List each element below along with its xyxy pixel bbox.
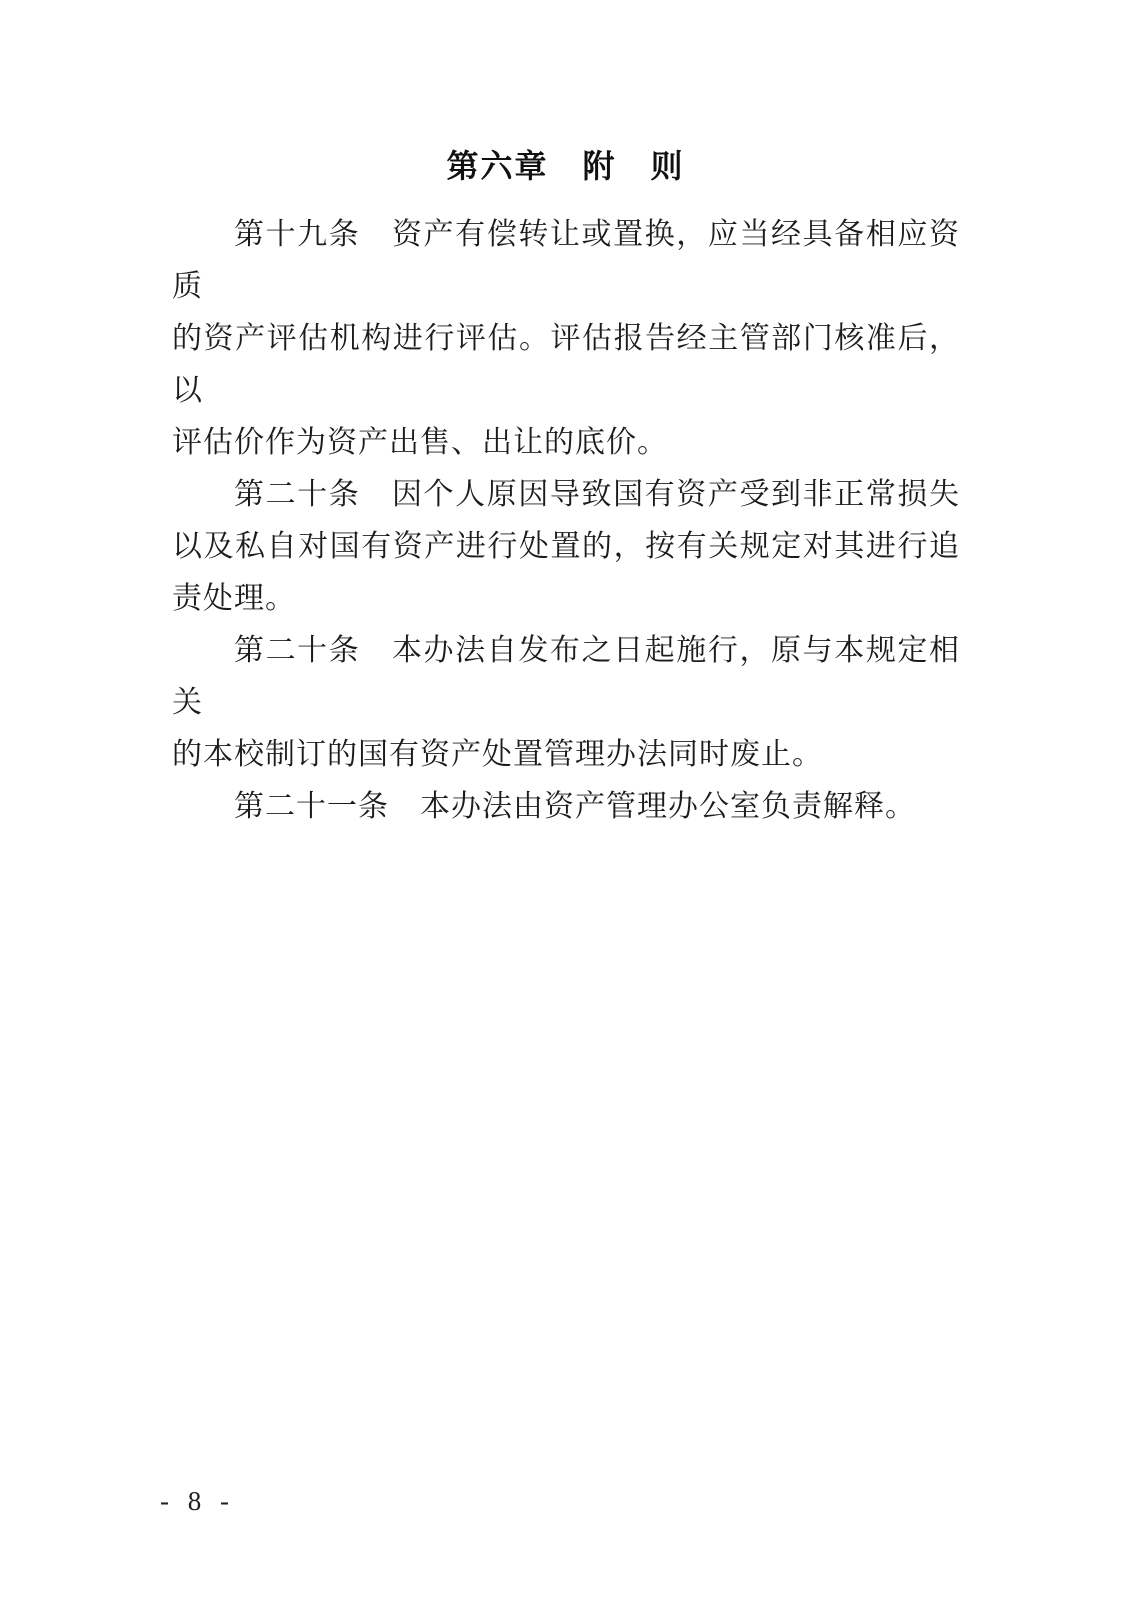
body-line: 第十九条 资产有偿转让或置换，应当经具备相应资质 <box>172 209 960 313</box>
body-line: 责处理。 <box>172 573 960 625</box>
page-number: - 8 - <box>160 1486 235 1517</box>
body-line: 第二十条 本办法自发布之日起施行，原与本规定相关 <box>172 625 960 729</box>
document-page: 第六章 附 则 第十九条 资产有偿转让或置换，应当经具备相应资质的资产评估机构进… <box>0 0 1131 1600</box>
body-line: 第二十一条 本办法由资产管理办公室负责解释。 <box>172 781 960 833</box>
body-line: 的资产评估机构进行评估。评估报告经主管部门核准后，以 <box>172 313 960 417</box>
document-body: 第十九条 资产有偿转让或置换，应当经具备相应资质的资产评估机构进行评估。评估报告… <box>172 209 960 833</box>
body-line: 以及私自对国有资产进行处置的，按有关规定对其进行追 <box>172 521 960 573</box>
chapter-heading: 第六章 附 则 <box>0 141 1131 187</box>
body-line: 评估价作为资产出售、出让的底价。 <box>172 417 960 469</box>
body-line: 第二十条 因个人原因导致国有资产受到非正常损失 <box>172 469 960 521</box>
body-line: 的本校制订的国有资产处置管理办法同时废止。 <box>172 729 960 781</box>
